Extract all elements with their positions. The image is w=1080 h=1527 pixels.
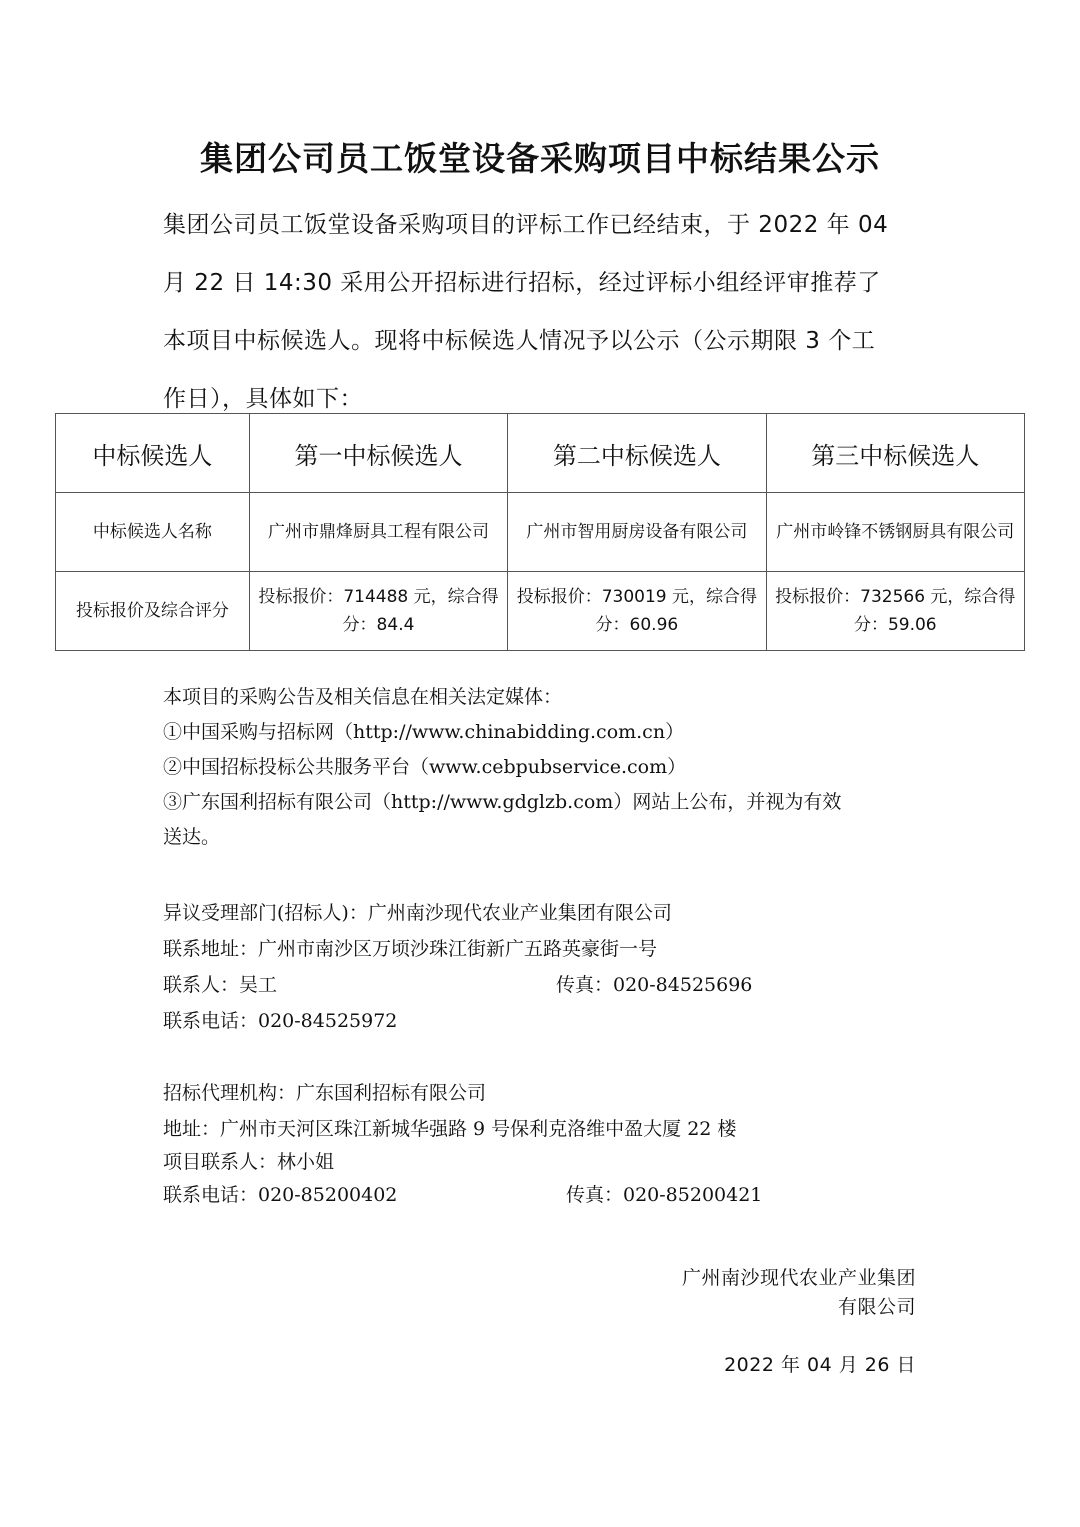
- signature-date: 2022 年 04 月 26 日: [724, 1350, 916, 1377]
- table-header-row: 中标候选人 第一中标候选人 第二中标候选人 第三中标候选人: [56, 414, 1025, 493]
- price-score-cell: 投标报价：730019 元，综合得分：60.96: [508, 572, 766, 651]
- price-score-cell: 投标报价：714488 元，综合得分：84.4: [249, 572, 507, 651]
- candidates-table: 中标候选人 第一中标候选人 第二中标候选人 第三中标候选人 中标候选人名称 广州…: [55, 413, 1025, 651]
- agency-fax: 传真：020-85200421: [566, 1177, 762, 1213]
- objection-department: 异议受理部门(招标人)：广州南沙现代农业产业集团有限公司: [163, 895, 943, 931]
- intro-line: 集团公司员工饭堂设备采购项目的评标工作已经结束，于 2022 年 04: [163, 196, 923, 254]
- price-score-cell: 投标报价：732566 元，综合得分：59.06: [766, 572, 1024, 651]
- header-first-candidate: 第一中标候选人: [249, 414, 507, 493]
- candidate-name-cell: 广州市鼎烽厨具工程有限公司: [249, 493, 507, 572]
- candidate-name-cell: 广州市智用厨房设备有限公司: [508, 493, 766, 572]
- signature-org-line1: 广州南沙现代农业产业集团: [682, 1264, 916, 1293]
- signature-org-line2: 有限公司: [682, 1293, 916, 1322]
- objection-fax: 传真：020-84525696: [556, 967, 752, 1003]
- objection-contact: 联系人：吴工: [163, 974, 277, 996]
- media-continuation: 送达。: [163, 820, 943, 855]
- agency-contact: 项目联系人：林小姐: [163, 1147, 943, 1177]
- header-second-candidate: 第二中标候选人: [508, 414, 766, 493]
- objection-phone: 联系电话：020-84525972: [163, 1003, 943, 1039]
- signature-block: 广州南沙现代农业产业集团 有限公司: [682, 1264, 916, 1322]
- table-row: 投标报价及综合评分 投标报价：714488 元，综合得分：84.4 投标报价：7…: [56, 572, 1025, 651]
- header-candidate: 中标候选人: [56, 414, 250, 493]
- header-third-candidate: 第三中标候选人: [766, 414, 1024, 493]
- objection-address: 联系地址：广州市南沙区万顷沙珠江街新广五路英豪街一号: [163, 931, 943, 967]
- row-label-name: 中标候选人名称: [56, 493, 250, 572]
- agency-name: 招标代理机构：广东国利招标有限公司: [163, 1075, 943, 1111]
- table-row: 中标候选人名称 广州市鼎烽厨具工程有限公司 广州市智用厨房设备有限公司 广州市岭…: [56, 493, 1025, 572]
- intro-paragraph: 集团公司员工饭堂设备采购项目的评标工作已经结束，于 2022 年 04 月 22…: [163, 196, 923, 428]
- objection-section: 异议受理部门(招标人)：广州南沙现代农业产业集团有限公司 联系地址：广州市南沙区…: [163, 895, 943, 1039]
- agency-phone: 联系电话：020-85200402: [163, 1184, 397, 1206]
- agency-phone-row: 联系电话：020-85200402 传真：020-85200421: [163, 1177, 943, 1213]
- objection-contact-row: 联系人：吴工 传真：020-84525696: [163, 967, 943, 1003]
- agency-section: 招标代理机构：广东国利招标有限公司 地址：广州市天河区珠江新城华强路 9 号保利…: [163, 1075, 943, 1213]
- row-label-price-score: 投标报价及综合评分: [56, 572, 250, 651]
- media-item-cebpubservice: ②中国招标投标公共服务平台（www.cebpubservice.com）: [163, 750, 943, 785]
- media-intro: 本项目的采购公告及相关信息在相关法定媒体：: [163, 680, 943, 715]
- intro-line: 月 22 日 14:30 采用公开招标进行招标，经过评标小组经评审推荐了: [163, 254, 923, 312]
- agency-address: 地址：广州市天河区珠江新城华强路 9 号保利克洛维中盈大厦 22 楼: [163, 1111, 943, 1147]
- media-item-chinabidding: ①中国采购与招标网（http://www.chinabidding.com.cn…: [163, 715, 943, 750]
- candidate-name-cell: 广州市岭锋不锈钢厨具有限公司: [766, 493, 1024, 572]
- intro-line: 本项目中标候选人。现将中标候选人情况予以公示（公示期限 3 个工: [163, 312, 923, 370]
- announcement-page: 集团公司员工饭堂设备采购项目中标结果公示 集团公司员工饭堂设备采购项目的评标工作…: [0, 0, 1080, 1527]
- media-item-gdglzb: ③广东国利招标有限公司（http://www.gdglzb.com）网站上公布，…: [163, 785, 943, 820]
- page-title: 集团公司员工饭堂设备采购项目中标结果公示: [0, 136, 1080, 182]
- media-section: 本项目的采购公告及相关信息在相关法定媒体： ①中国采购与招标网（http://w…: [163, 680, 943, 855]
